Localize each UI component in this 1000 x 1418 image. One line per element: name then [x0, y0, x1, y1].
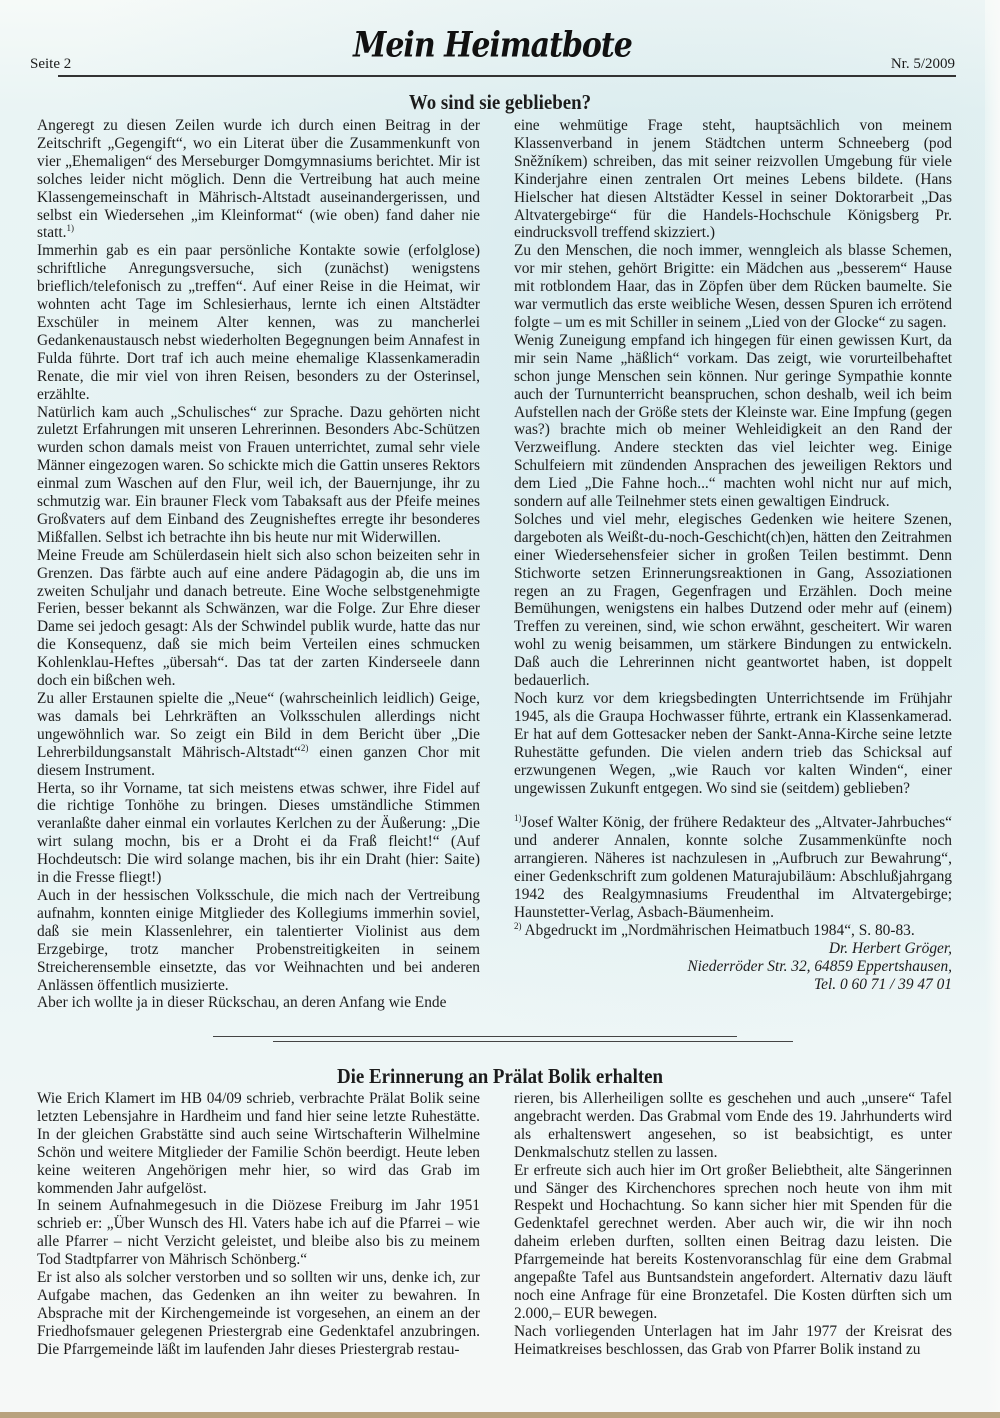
article-title: Die Erinnerung an Prälat Bolik erhalten — [50, 1064, 950, 1089]
page-header: Seite 2 Mein Heimatbote Nr. 5/2009 — [30, 28, 955, 76]
paragraph: Aber ich wollte ja in dieser Rückschau, … — [37, 994, 480, 1012]
article1-right-column: eine wehmütige Frage steht, hauptsächlic… — [514, 117, 952, 994]
masthead-logo: Mein Heimatbote — [30, 25, 955, 65]
footnote-mark: 1) — [514, 813, 522, 823]
paragraph-text: Angeregt zu diesen Zeilen wurde ich durc… — [37, 117, 480, 241]
footnote: 1)Josef Walter König, der frühere Redakt… — [514, 814, 952, 921]
footnote-ref: 1) — [67, 223, 75, 233]
page-bottom-edge — [0, 1412, 1000, 1418]
page-edge — [986, 0, 1000, 1412]
article2-right-column: rieren, bis Allerheiligen sollte es gesc… — [514, 1090, 952, 1359]
paragraph: Angeregt zu diesen Zeilen wurde ich durc… — [37, 117, 480, 242]
article2-left-column: Wie Erich Klamert im HB 04/09 schrieb, v… — [37, 1090, 480, 1359]
author-address: Niederröder Str. 32, 64859 Eppertshausen… — [514, 958, 952, 976]
footnote-mark: 2) — [514, 921, 522, 931]
paragraph: eine wehmütige Frage steht, hauptsächlic… — [514, 117, 952, 242]
article-title: Wo sind sie geblieben? — [50, 90, 950, 115]
paragraph: Natürlich kam auch „Schulisches“ zur Spr… — [37, 404, 480, 547]
paragraph: Zu den Menschen, die noch immer, wenngle… — [514, 242, 952, 332]
separator-rule — [213, 1036, 737, 1037]
header-rule — [58, 75, 956, 77]
paragraph: Wie Erich Klamert im HB 04/09 schrieb, v… — [37, 1090, 480, 1197]
paragraph: Noch kurz vor dem kriegsbedingten Unterr… — [514, 690, 952, 797]
paragraph: Herta, so ihr Vorname, tat sich meistens… — [37, 780, 480, 887]
issue-number: Nr. 5/2009 — [891, 56, 955, 73]
paragraph: Er erfreute sich auch hier im Ort großer… — [514, 1162, 952, 1323]
paragraph: Immerhin gab es ein paar persönliche Kon… — [37, 242, 480, 403]
paragraph: Wenig Zuneigung empfand ich hingegen für… — [514, 332, 952, 511]
paragraph: Solches und viel mehr, elegisches Gedenk… — [514, 511, 952, 690]
author-phone: Tel. 0 60 71 / 39 47 01 — [514, 976, 952, 994]
author-name: Dr. Herbert Gröger, — [514, 940, 952, 958]
paragraph: Meine Freude am Schülerdasein hielt sich… — [37, 547, 480, 690]
footnote-text: Josef Walter König, der frühere Redakteu… — [514, 814, 952, 921]
article1-left-column: Angeregt zu diesen Zeilen wurde ich durc… — [37, 117, 480, 1012]
paragraph: Zu aller Erstaunen spielte die „Neue“ (w… — [37, 690, 480, 780]
footnote-text: Abgedruckt im „Nordmährischen Heimatbuch… — [522, 922, 915, 939]
paragraph: Er ist also als solcher verstorben und s… — [37, 1269, 480, 1359]
separator-rule — [273, 1041, 793, 1042]
paragraph: Nach vorliegenden Unterlagen hat im Jahr… — [514, 1323, 952, 1359]
paragraph: In seinem Aufnahmegesuch in die Diözese … — [37, 1197, 480, 1269]
paragraph: Auch in der hessischen Volksschule, die … — [37, 887, 480, 994]
paragraph: rieren, bis Allerheiligen sollte es gesc… — [514, 1090, 952, 1162]
footnote: 2) Abgedruckt im „Nordmährischen Heimatb… — [514, 922, 952, 940]
